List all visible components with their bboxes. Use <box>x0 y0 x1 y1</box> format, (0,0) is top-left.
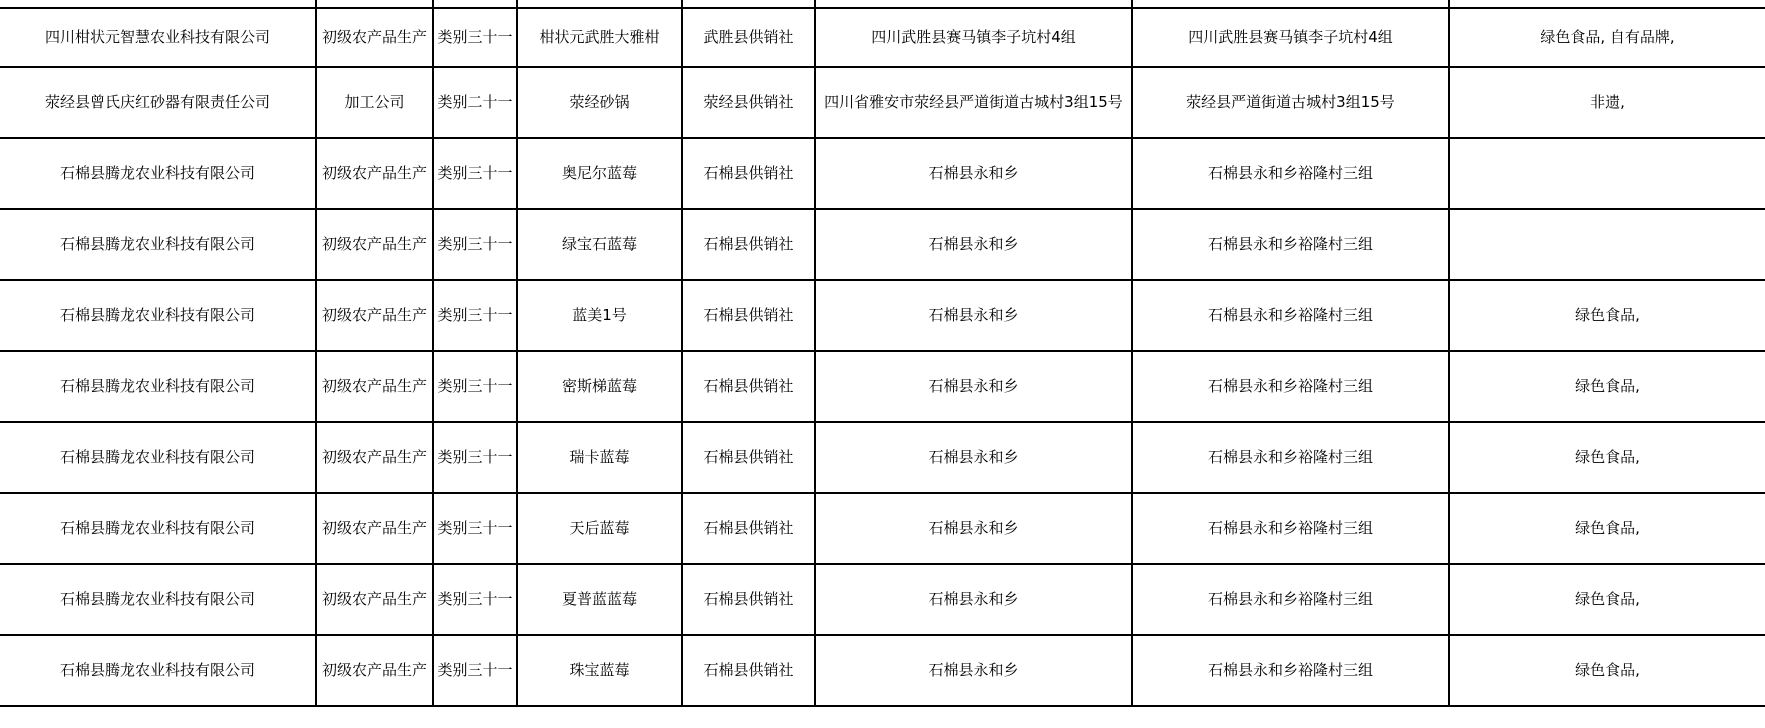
cell-empty <box>1132 0 1449 8</box>
cell-product: 柑状元武胜大雅柑 <box>517 8 682 67</box>
cell-address: 石棉县永和乡 <box>815 280 1132 351</box>
cell-cooperative: 石棉县供销社 <box>682 138 815 209</box>
table-row: 石棉县腾龙农业科技有限公司初级农产品生产类别三十一夏普蓝蓝莓石棉县供销社石棉县永… <box>0 564 1765 635</box>
cell-producer-type: 初级农产品生产 <box>316 138 433 209</box>
cell-tags <box>1449 138 1765 209</box>
cell-registered-address: 石棉县永和乡裕隆村三组 <box>1132 351 1449 422</box>
cell-address: 石棉县永和乡 <box>815 209 1132 280</box>
cell-category: 类别三十一 <box>433 351 517 422</box>
cell-producer-type: 初级农产品生产 <box>316 422 433 493</box>
cell-producer-type: 初级农产品生产 <box>316 564 433 635</box>
cell-product: 珠宝蓝莓 <box>517 635 682 706</box>
table-row: 石棉县腾龙农业科技有限公司初级农产品生产类别三十一蓝美1号石棉县供销社石棉县永和… <box>0 280 1765 351</box>
cell-registered-address: 石棉县永和乡裕隆村三组 <box>1132 280 1449 351</box>
table-row: 荥经县曾氏庆红砂器有限责任公司加工公司类别二十一荥经砂锅荥经县供销社四川省雅安市… <box>0 67 1765 138</box>
cell-company: 石棉县腾龙农业科技有限公司 <box>0 564 316 635</box>
cell-tags: 绿色食品, <box>1449 635 1765 706</box>
cell-address: 石棉县永和乡 <box>815 635 1132 706</box>
cell-producer-type: 初级农产品生产 <box>316 635 433 706</box>
cell-company: 石棉县腾龙农业科技有限公司 <box>0 422 316 493</box>
cell-registered-address: 石棉县永和乡裕隆村三组 <box>1132 422 1449 493</box>
cell-tags: 绿色食品, <box>1449 564 1765 635</box>
cell-producer-type: 初级农产品生产 <box>316 209 433 280</box>
cell-tags: 绿色食品, <box>1449 351 1765 422</box>
partial-row-top <box>0 0 1765 8</box>
cell-registered-address: 石棉县永和乡裕隆村三组 <box>1132 493 1449 564</box>
table-row: 石棉县腾龙农业科技有限公司初级农产品生产类别三十一瑞卡蓝莓石棉县供销社石棉县永和… <box>0 422 1765 493</box>
cell-cooperative: 石棉县供销社 <box>682 493 815 564</box>
cell-producer-type: 初级农产品生产 <box>316 493 433 564</box>
cell-address: 石棉县永和乡 <box>815 138 1132 209</box>
cell-producer-type: 初级农产品生产 <box>316 8 433 67</box>
cell-tags: 绿色食品, 自有品牌, <box>1449 8 1765 67</box>
cell-category: 类别二十一 <box>433 67 517 138</box>
cell-cooperative: 石棉县供销社 <box>682 280 815 351</box>
cell-product: 绿宝石蓝莓 <box>517 209 682 280</box>
cell-company: 石棉县腾龙农业科技有限公司 <box>0 493 316 564</box>
cell-empty <box>316 0 433 8</box>
cell-product: 蓝美1号 <box>517 280 682 351</box>
cell-product: 密斯梯蓝莓 <box>517 351 682 422</box>
cell-address: 石棉县永和乡 <box>815 422 1132 493</box>
cell-address: 石棉县永和乡 <box>815 351 1132 422</box>
cell-category: 类别三十一 <box>433 493 517 564</box>
cell-category: 类别三十一 <box>433 280 517 351</box>
cell-tags <box>1449 209 1765 280</box>
cell-category: 类别三十一 <box>433 8 517 67</box>
cell-producer-type: 加工公司 <box>316 67 433 138</box>
data-table: 四川柑状元智慧农业科技有限公司初级农产品生产类别三十一柑状元武胜大雅柑武胜县供销… <box>0 0 1765 707</box>
cell-empty <box>682 0 815 8</box>
cell-registered-address: 石棉县永和乡裕隆村三组 <box>1132 564 1449 635</box>
cell-product: 夏普蓝蓝莓 <box>517 564 682 635</box>
cell-category: 类别三十一 <box>433 422 517 493</box>
cell-company: 石棉县腾龙农业科技有限公司 <box>0 635 316 706</box>
cell-category: 类别三十一 <box>433 564 517 635</box>
cell-cooperative: 石棉县供销社 <box>682 635 815 706</box>
cell-registered-address: 荥经县严道街道古城村3组15号 <box>1132 67 1449 138</box>
cell-empty <box>433 0 517 8</box>
cell-empty <box>0 0 316 8</box>
cell-category: 类别三十一 <box>433 209 517 280</box>
cell-tags: 绿色食品, <box>1449 493 1765 564</box>
cell-cooperative: 武胜县供销社 <box>682 8 815 67</box>
cell-registered-address: 四川武胜县赛马镇李子坑村4组 <box>1132 8 1449 67</box>
table-row: 石棉县腾龙农业科技有限公司初级农产品生产类别三十一绿宝石蓝莓石棉县供销社石棉县永… <box>0 209 1765 280</box>
cell-registered-address: 石棉县永和乡裕隆村三组 <box>1132 635 1449 706</box>
cell-address: 石棉县永和乡 <box>815 493 1132 564</box>
cell-address: 四川省雅安市荥经县严道街道古城村3组15号 <box>815 67 1132 138</box>
cell-empty <box>815 0 1132 8</box>
cell-cooperative: 石棉县供销社 <box>682 209 815 280</box>
cell-product: 瑞卡蓝莓 <box>517 422 682 493</box>
cell-company: 荥经县曾氏庆红砂器有限责任公司 <box>0 67 316 138</box>
cell-tags: 绿色食品, <box>1449 280 1765 351</box>
cell-company: 石棉县腾龙农业科技有限公司 <box>0 280 316 351</box>
cell-empty <box>1449 0 1765 8</box>
cell-address: 石棉县永和乡 <box>815 564 1132 635</box>
table-row: 石棉县腾龙农业科技有限公司初级农产品生产类别三十一珠宝蓝莓石棉县供销社石棉县永和… <box>0 635 1765 706</box>
cell-registered-address: 石棉县永和乡裕隆村三组 <box>1132 209 1449 280</box>
cell-product: 荥经砂锅 <box>517 67 682 138</box>
cell-category: 类别三十一 <box>433 635 517 706</box>
cell-company: 四川柑状元智慧农业科技有限公司 <box>0 8 316 67</box>
cell-tags: 绿色食品, <box>1449 422 1765 493</box>
cell-category: 类别三十一 <box>433 138 517 209</box>
table-row: 石棉县腾龙农业科技有限公司初级农产品生产类别三十一奥尼尔蓝莓石棉县供销社石棉县永… <box>0 138 1765 209</box>
cell-cooperative: 石棉县供销社 <box>682 564 815 635</box>
table-row: 四川柑状元智慧农业科技有限公司初级农产品生产类别三十一柑状元武胜大雅柑武胜县供销… <box>0 8 1765 67</box>
cell-tags: 非遗, <box>1449 67 1765 138</box>
cell-cooperative: 石棉县供销社 <box>682 351 815 422</box>
cell-company: 石棉县腾龙农业科技有限公司 <box>0 209 316 280</box>
cell-cooperative: 石棉县供销社 <box>682 422 815 493</box>
cell-company: 石棉县腾龙农业科技有限公司 <box>0 351 316 422</box>
cell-empty <box>517 0 682 8</box>
cell-product: 奥尼尔蓝莓 <box>517 138 682 209</box>
cell-company: 石棉县腾龙农业科技有限公司 <box>0 138 316 209</box>
cell-registered-address: 石棉县永和乡裕隆村三组 <box>1132 138 1449 209</box>
table-row: 石棉县腾龙农业科技有限公司初级农产品生产类别三十一天后蓝莓石棉县供销社石棉县永和… <box>0 493 1765 564</box>
cell-producer-type: 初级农产品生产 <box>316 280 433 351</box>
cell-address: 四川武胜县赛马镇李子坑村4组 <box>815 8 1132 67</box>
table-row: 石棉县腾龙农业科技有限公司初级农产品生产类别三十一密斯梯蓝莓石棉县供销社石棉县永… <box>0 351 1765 422</box>
cell-product: 天后蓝莓 <box>517 493 682 564</box>
cell-cooperative: 荥经县供销社 <box>682 67 815 138</box>
cell-producer-type: 初级农产品生产 <box>316 351 433 422</box>
